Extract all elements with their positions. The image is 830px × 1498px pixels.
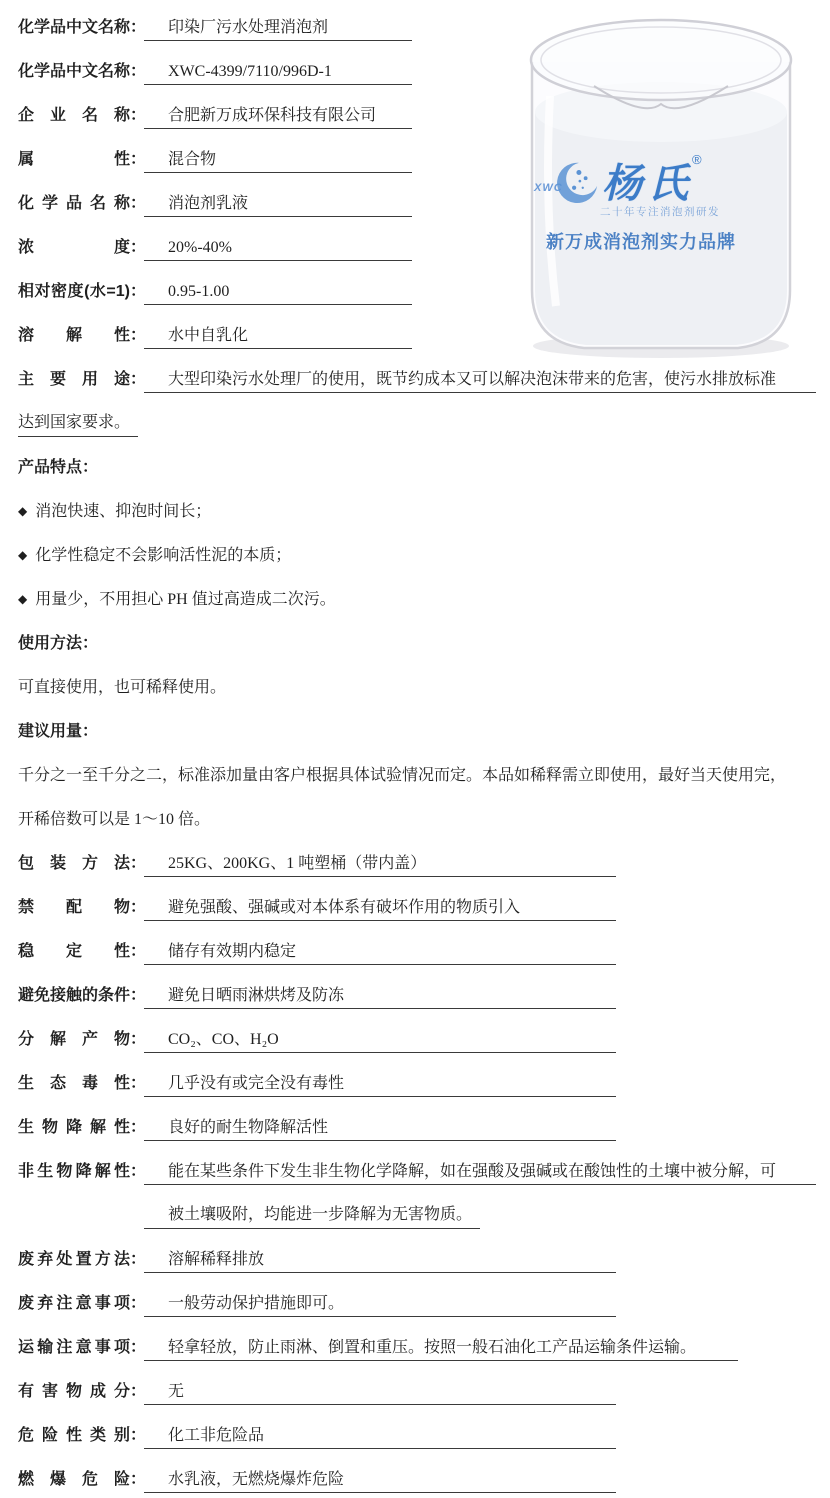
field-value: 化工非危险品 bbox=[144, 1423, 616, 1449]
field-value: 0.95-1.00 bbox=[144, 279, 412, 305]
feature-bullet-2: ◆化学性稳定不会影响活性泥的本质； bbox=[18, 542, 820, 569]
field-row-incompatible-materials: 禁配物：避免强酸、强碱或对本体系有破坏作用的物质引入 bbox=[18, 894, 820, 921]
field-label: 燃爆危险 bbox=[18, 1466, 130, 1493]
field-label: 相对密度(水=1) bbox=[18, 278, 130, 305]
field-value: 溶解稀释排放 bbox=[144, 1247, 616, 1273]
field-row-fire-explosion-hazard: 燃爆危险：水乳液，无燃烧爆炸危险 bbox=[18, 1466, 820, 1493]
field-value: 25KG、200KG、1 吨塑桶（带内盖） bbox=[144, 851, 616, 877]
field-row-transport-precautions: 运输注意事项：轻拿轻放，防止雨淋、倒置和重压。按照一般石油化工产品运输条件运输。 bbox=[18, 1334, 820, 1361]
feature-text: 化学性稳定不会影响活性泥的本质； bbox=[35, 547, 291, 564]
field-value-continuation: 被土壤吸附，均能进一步降解为无害物质。 bbox=[144, 1202, 480, 1229]
section-title-features: 产品特点： bbox=[18, 454, 820, 481]
field-row-decomposition-products: 分解产物：CO₂、CO、H₂O bbox=[18, 1026, 820, 1053]
brand-slogan: 新万成消泡剂实力品牌 bbox=[546, 228, 736, 254]
field-label: 主要用途 bbox=[18, 366, 130, 393]
feature-text: 消泡快速、抑泡时间长； bbox=[35, 503, 211, 520]
field-row-non-biodegradability: 非生物降解性：能在某些条件下发生非生物化学降解，如在强酸及强碱或在酸蚀性的土壤中… bbox=[18, 1158, 820, 1185]
field-value: 避免强酸、强碱或对本体系有破坏作用的物质引入 bbox=[144, 895, 616, 921]
field-value-continuation: 达到国家要求。 bbox=[18, 410, 138, 437]
field-value: 能在某些条件下发生非生物化学降解，如在强酸及强碱或在酸蚀性的土壤中被分解，可 bbox=[144, 1159, 816, 1185]
field-row-eco-toxicity: 生态毒性：几乎没有或完全没有毒性 bbox=[18, 1070, 820, 1097]
brand-name-calligraphy: 杨氏 bbox=[602, 152, 694, 209]
field-row-disposal-precautions: 废弃注意事项：一般劳动保护措施即可。 bbox=[18, 1290, 820, 1317]
diamond-bullet-icon: ◆ bbox=[18, 504, 27, 518]
field-label: 包装方法 bbox=[18, 850, 130, 877]
field-value: 几乎没有或完全没有毒性 bbox=[144, 1071, 616, 1097]
field-label: 避免接触的条件 bbox=[18, 982, 130, 1009]
field-row-main-use: 主要用途：大型印染污水处理厂的使用，既节约成本又可以解决泡沫带来的危害，使污水排… bbox=[18, 366, 820, 393]
field-label: 浓度 bbox=[18, 234, 130, 261]
field-value: 良好的耐生物降解活性 bbox=[144, 1115, 616, 1141]
field-value: 印染厂污水处理消泡剂 bbox=[144, 15, 412, 41]
product-spec-sheet: XWC 杨氏 ® 二十年专注消泡剂研发 新万成消泡剂实力品牌 化学品中文名称：印… bbox=[0, 0, 830, 1498]
field-value: 混合物 bbox=[144, 147, 412, 173]
field-label: 有害物成分 bbox=[18, 1378, 130, 1405]
field-value: 20%-40% bbox=[144, 235, 412, 261]
registered-trademark-symbol: ® bbox=[692, 152, 702, 167]
field-label: 稳定性 bbox=[18, 938, 130, 965]
field-label: 非生物降解性 bbox=[18, 1158, 130, 1185]
field-row-conditions-to-avoid: 避免接触的条件：避免日晒雨淋烘烤及防冻 bbox=[18, 982, 820, 1009]
feature-bullet-1: ◆消泡快速、抑泡时间长； bbox=[18, 498, 820, 525]
dosage-body-line2: 开稀倍数可以是 1～10 倍。 bbox=[18, 806, 820, 833]
field-label: 生物降解性 bbox=[18, 1114, 130, 1141]
feature-text: 用量少，不用担心 PH 值过高造成二次污。 bbox=[35, 591, 335, 608]
field-row-non-biodegradability-continuation: 被土壤吸附，均能进一步降解为无害物质。 bbox=[18, 1202, 820, 1229]
field-label: 属性 bbox=[18, 146, 130, 173]
field-value: 大型印染污水处理厂的使用，既节约成本又可以解决泡沫带来的危害，使污水排放标准 bbox=[144, 367, 816, 393]
field-label: 运输注意事项 bbox=[18, 1334, 130, 1361]
dosage-body-line1: 千分之一至千分之二，标准添加量由客户根据具体试验情况而定。本品如稀释需立即使用，… bbox=[18, 762, 820, 789]
field-label: 化学品中文名称 bbox=[18, 14, 130, 41]
section-title-dosage: 建议用量： bbox=[18, 718, 820, 745]
field-row-hazard-class: 危险性类别：化工非危险品 bbox=[18, 1422, 820, 1449]
feature-bullet-3: ◆用量少，不用担心 PH 值过高造成二次污。 bbox=[18, 586, 820, 613]
diamond-bullet-icon: ◆ bbox=[18, 548, 27, 562]
field-value: 轻拿轻放，防止雨淋、倒置和重压。按照一般石油化工产品运输条件运输。 bbox=[144, 1335, 738, 1361]
field-value: 合肥新万成环保科技有限公司 bbox=[144, 103, 412, 129]
field-label: 生态毒性 bbox=[18, 1070, 130, 1097]
field-value: 消泡剂乳液 bbox=[144, 191, 412, 217]
usage-body: 可直接使用，也可稀释使用。 bbox=[18, 674, 820, 701]
field-value: 无 bbox=[144, 1379, 616, 1405]
field-row-harmful-components: 有害物成分：无 bbox=[18, 1378, 820, 1405]
field-value: 储存有效期内稳定 bbox=[144, 939, 616, 965]
section-title-usage: 使用方法： bbox=[18, 630, 820, 657]
field-row-main-use-continuation: 达到国家要求。 bbox=[18, 410, 820, 437]
moon-swirl-logo-icon bbox=[554, 160, 600, 211]
diamond-bullet-icon: ◆ bbox=[18, 592, 27, 606]
field-label: 化学品中文名称 bbox=[18, 58, 130, 85]
field-row-stability: 稳定性：储存有效期内稳定 bbox=[18, 938, 820, 965]
field-value: 一般劳动保护措施即可。 bbox=[144, 1291, 616, 1317]
field-label: 废弃注意事项 bbox=[18, 1290, 130, 1317]
field-label: 废弃处置方法 bbox=[18, 1246, 130, 1273]
field-value: 避免日晒雨淋烘烤及防冻 bbox=[144, 983, 616, 1009]
field-row-disposal-method: 废弃处置方法：溶解稀释排放 bbox=[18, 1246, 820, 1273]
field-label: 危险性类别 bbox=[18, 1422, 130, 1449]
field-label: 分解产物 bbox=[18, 1026, 130, 1053]
field-label: 化学品名称 bbox=[18, 190, 130, 217]
field-value: 水中自乳化 bbox=[144, 323, 412, 349]
field-row-biodegradability: 生物降解性：良好的耐生物降解活性 bbox=[18, 1114, 820, 1141]
field-value: 水乳液，无燃烧爆炸危险 bbox=[144, 1467, 616, 1493]
field-row-packing-method: 包装方法：25KG、200KG、1 吨塑桶（带内盖） bbox=[18, 850, 820, 877]
brand-tagline: 二十年专注消泡剂研发 bbox=[600, 204, 720, 219]
field-label: 企业名称 bbox=[18, 102, 130, 129]
field-value: XWC-4399/7110/996D-1 bbox=[144, 59, 412, 85]
field-label: 溶解性 bbox=[18, 322, 130, 349]
field-label: 禁配物 bbox=[18, 894, 130, 921]
field-value: CO₂、CO、H₂O bbox=[144, 1027, 616, 1053]
product-photo-beaker: XWC 杨氏 ® 二十年专注消泡剂研发 新万成消泡剂实力品牌 bbox=[498, 6, 824, 362]
